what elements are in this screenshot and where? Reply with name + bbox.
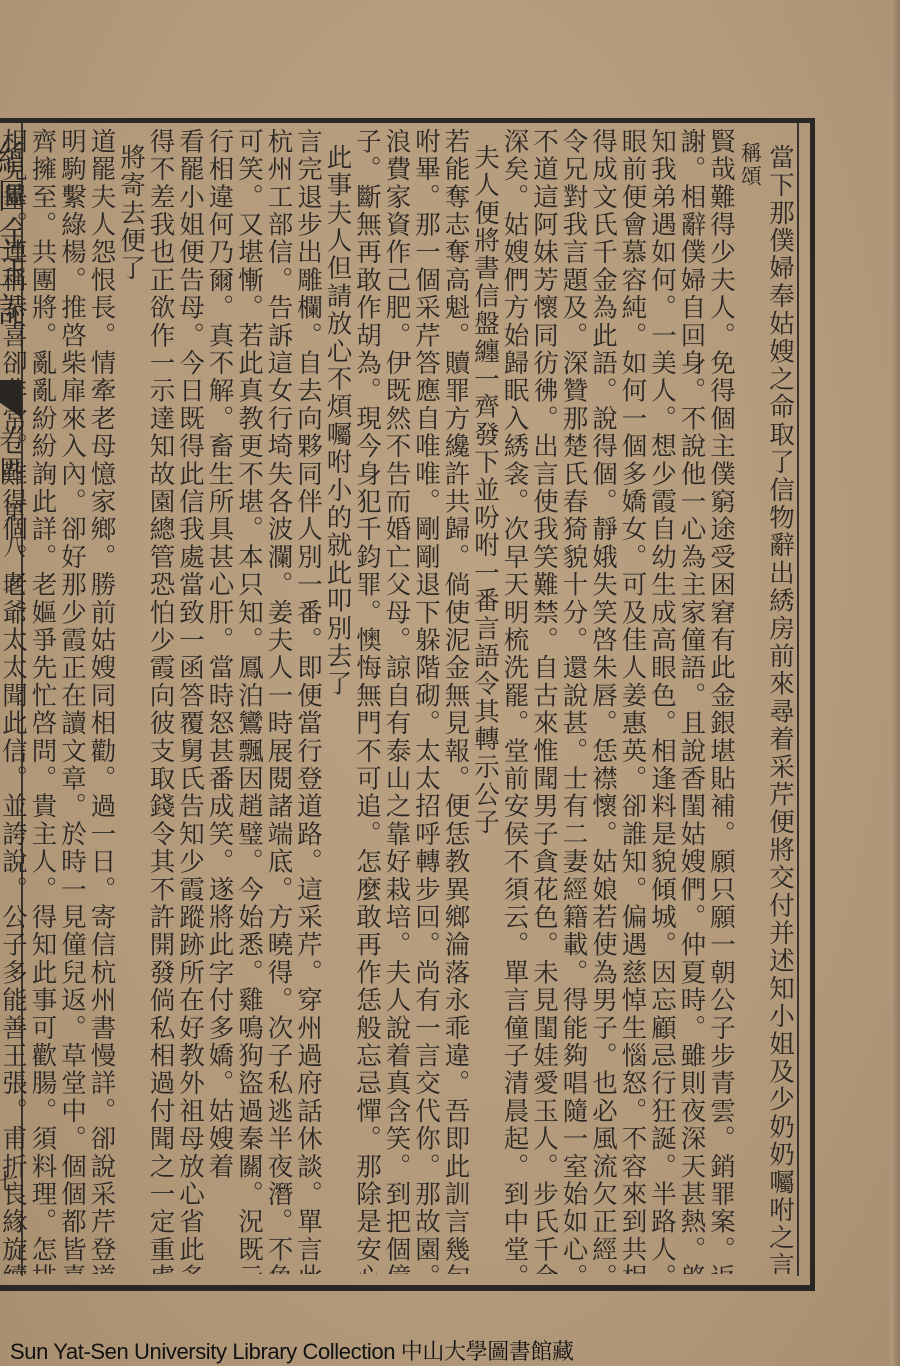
text-column: 謝。相辭僕婦自回身。不說他一心為主家僮語。且說香閨姑嫂們。仲夏時。雖則夜深天甚熱…: [676, 128, 706, 1274]
text-column: 咐畢。那一個采芹答應自唯唯。剛剛退下躲階砌。太太招呼轉步回。尚有一言交代你。那故…: [411, 128, 441, 1274]
text-column: 令兄對我言題及。深贊那楚氏春猗貌十分。還說甚。士有二妻經籍載。得能夠唱隨一室始如…: [558, 128, 588, 1274]
text-column-heading: 稱頌: [735, 128, 765, 1274]
text-column: 看罷小姐便告母。今日既得此信我處當致一函答覆舅氏告知少霞蹤跡所在好教外祖母放心省…: [175, 128, 205, 1274]
library-collection-watermark: Sun Yat-Sen University Library Collectio…: [10, 1335, 574, 1366]
text-column: 知我弟遇如何。一美人。想少霞自幼生成高眼色。相逢料是貌傾城。因忘顧忌行狂誕。半路…: [647, 128, 677, 1274]
text-column: 此事夫人但請放心不煩囑咐小的就此叩別去了: [322, 128, 352, 1274]
text-column: 不道這阿妹芳懷同彷彿。出言使我笑難禁。自古來惟聞男子貪花色。未見閨娃愛玉人。步氏…: [529, 128, 559, 1274]
text-column: 道罷夫人怨恨長。情牽老母憶家鄉。勝前姑嫂同相勸。過一日。寄信杭州書慢詳。卻說采芹…: [86, 128, 116, 1274]
text-column: 得成文氏千金為此語。說得個。靜娥失笑啓朱唇。恁襟懷。姑娘若使為男子。也必風流欠正…: [588, 128, 618, 1274]
text-column: 得不差我也正欲作一示達知故園總管恐怕少霞向彼支取錢令其不許開發倘私相過付聞之一定…: [145, 128, 175, 1274]
text-column: 夫人便將書信盤纏一齊發下並吩咐一番言語令其轉示公子: [470, 128, 500, 1274]
text-column: 明駒繫綠楊。推啓柴扉來入內。卻好那少霞正在讀文章。於時一見僮兒返。草堂中。個個都…: [57, 128, 87, 1274]
page-edge: [890, 0, 900, 1366]
text-column: 子。斷無再敢作胡為。現今身犯千鈞罪。懊悔無門不可追。怎麼敢再作恁般忘忌憚。那除是…: [352, 128, 382, 1274]
text-column: 當下那僕婦奉姑嫂之命取了信物辭出綉房前來尋着采芹便將交付并述知小姐及少奶奶囑咐之…: [765, 128, 795, 1274]
text-column: 賢哉難得少夫人。免得個主僕窮途受困窘有此金銀堪貼補。願只願一朝公子步青雲。銷罪案…: [706, 128, 736, 1274]
text-column: 齊擁至。共團將。亂亂紛紛詢此詳。老嫗爭先忙啓問。貴主人。得知此事可歡腸。須料理。…: [27, 128, 57, 1274]
scanned-page: 繪圖金玉記 卷四 第八回 七 當下那僕婦奉姑嫂之命取了信物辭出綉房前來尋着采芹便…: [0, 0, 900, 1366]
text-column: 眼前便會慕容純。如何一個多嬌女。可及佳人姜惠英。卻誰知。偏遇慈悼生惱怒。不容來到…: [617, 128, 647, 1274]
text-column: 深矣。姑嫂們方始歸眠入綉衾。次早天明梳洗罷。堂前安侯不須云。單言僮子清晨起。到中…: [499, 128, 529, 1274]
text-column: 杭州工部信。告訴這女行埼失各波瀾。姜夫人一時展閱諸端底。方曉得。次子私逃半夜潛。…: [263, 128, 293, 1274]
text-column: 言完退步出雕欄。自去向夥同伴人別一番。即便當行登道路。這采芹。穿州過府話休談。單…: [293, 128, 323, 1274]
frame-inner-rule: [797, 123, 799, 1276]
text-column: 若能奪志奪高魁。贖罪方纔許共歸。倘使泥金無見報。便恁教異鄉淪落永乖違。吾即此訓言…: [440, 128, 470, 1274]
text-column: 相見畢。連稱恭喜卻非常。難得個。老爺太太聞此信。並誇說。公子多能善王張。甫折良緣…: [0, 128, 27, 1274]
text-column: 浪費家資作己肥。伊既然不告而婚亡父母。諒自有泰山之靠好栽培。夫人說着真含笑。到把…: [381, 128, 411, 1274]
vertical-text-body: 當下那僕婦奉姑嫂之命取了信物辭出綉房前來尋着采芹便將交付并述知小姐及少奶奶囑咐之…: [28, 128, 794, 1274]
text-column: 將寄去便了: [116, 128, 146, 1274]
text-column: 行相違何乃爾。真不解。畜生所具甚心肝。當時怒甚番成笑。遂將此字付多嬌。姑嫂着: [204, 128, 234, 1274]
text-column: 可笑。又堪慚。若此真教更不堪。本只知。鳳泊鸞飄因趙璧。今始悉。雞鳴狗盜過秦關。況…: [234, 128, 264, 1274]
